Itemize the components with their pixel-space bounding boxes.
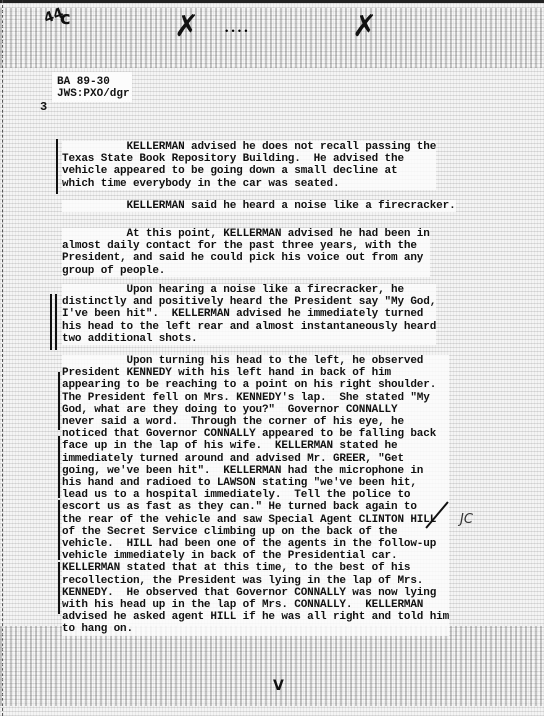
text-line: escort us as fast as they can." He turne…: [62, 501, 449, 513]
text-line: group of people.: [62, 265, 430, 277]
scan-left-edge: [2, 0, 4, 716]
text-line: recollection, the President was lying in…: [62, 575, 449, 587]
redaction-noise-bottom: [0, 626, 544, 706]
check-mark: V: [273, 678, 284, 694]
margin-bracket-3d: [58, 562, 60, 614]
file-number: BA 89-30: [57, 76, 110, 88]
text-line: appearing to be reaching to a point on h…: [62, 379, 449, 391]
text-line: At this point, KELLERMAN advised he had …: [62, 228, 430, 240]
margin-bracket-3b: [58, 436, 60, 498]
text-line: face up in the lap of his wife. KELLERMA…: [62, 440, 449, 452]
text-line: vehicle appeared to be going down a smal…: [62, 165, 436, 177]
text-line: I've been hit". KELLERMAN advised he imm…: [62, 308, 436, 320]
text-line: vehicle. HILL had been one of the agents…: [62, 538, 449, 550]
handwritten-c-mark: c: [60, 8, 71, 29]
text-line: noticed that Governor CONNALLY appeared …: [62, 428, 449, 440]
text-line: almost daily contact for the past three …: [62, 240, 430, 252]
margin-bracket-1: [56, 139, 58, 194]
text-line: the rear of the vehicle and saw Special …: [62, 514, 449, 526]
paragraph-2: KELLERMAN said he heard a noise like a f…: [62, 200, 456, 212]
paragraph-1: KELLERMAN advised he does not recall pas…: [62, 141, 436, 190]
text-line: of the Secret Service climbing up on the…: [62, 526, 449, 538]
text-line: which time everybody in the car was seat…: [62, 178, 436, 190]
text-line: KELLERMAN stated that at this time, to t…: [62, 562, 449, 574]
paragraph-4: Upon hearing a noise like a firecracker,…: [62, 284, 436, 345]
text-line: KELLERMAN said he heard a noise like a f…: [62, 200, 456, 212]
text-line: President, and said he could pick his vo…: [62, 252, 430, 264]
text-line: never said a word. Through the corner of…: [62, 416, 449, 428]
text-line: President KENNEDY with his left hand in …: [62, 367, 449, 379]
text-line: going, we've been hit". KELLERMAN had th…: [62, 465, 449, 477]
text-line: KELLERMAN advised he does not recall pas…: [62, 141, 436, 153]
punch-hole-mark-left: ✗: [174, 12, 199, 42]
margin-bracket-3a: [58, 372, 60, 430]
separator-dots: ••••: [224, 27, 250, 37]
text-line: with his head up in the lap of Mrs. CONN…: [62, 599, 449, 611]
redaction-noise-top: [0, 8, 544, 68]
file-reference: BA 89-30 JWS:PXO/dgr: [57, 76, 130, 100]
text-line: to hang on.: [62, 623, 449, 635]
page-number: 3: [40, 100, 47, 114]
paragraph-5: Upon turning his head to the left, he ob…: [62, 355, 449, 636]
margin-bracket-2: [50, 294, 52, 350]
text-line: immediately turned around and advised Mr…: [62, 453, 449, 465]
punch-hole-mark-right: ✗: [352, 12, 377, 42]
text-line: his head to the left rear and almost ins…: [62, 321, 436, 333]
text-line: two additional shots.: [62, 333, 436, 345]
margin-bracket-3c: [58, 500, 60, 560]
text-line: Texas State Book Repository Building. He…: [62, 153, 436, 165]
text-line: advised he asked agent HILL if he was al…: [62, 611, 449, 623]
text-line: KENNEDY. He observed that Governor CONNA…: [62, 587, 449, 599]
text-line: vehicle immediately in back of the Presi…: [62, 550, 449, 562]
scan-top-border: [0, 0, 544, 3]
margin-initials: JC: [460, 512, 473, 527]
text-line: The President fell on Mrs. KENNEDY's lap…: [62, 392, 449, 404]
text-line: God, what are they doing to you?" Govern…: [62, 404, 449, 416]
typist-initials: JWS:PXO/dgr: [57, 88, 130, 100]
document-page: 44 c ✗ ✗ •••• BA 89-30 JWS:PXO/dgr 3 KEL…: [0, 0, 544, 716]
text-line: distinctly and positively heard the Pres…: [62, 296, 436, 308]
text-line: lead us to a hospital immediately. Tell …: [62, 489, 449, 501]
text-line: his hand and radioed to LAWSON stating "…: [62, 477, 449, 489]
text-line: Upon hearing a noise like a firecracker,…: [62, 284, 436, 296]
text-line: Upon turning his head to the left, he ob…: [62, 355, 449, 367]
paragraph-3: At this point, KELLERMAN advised he had …: [62, 228, 430, 277]
